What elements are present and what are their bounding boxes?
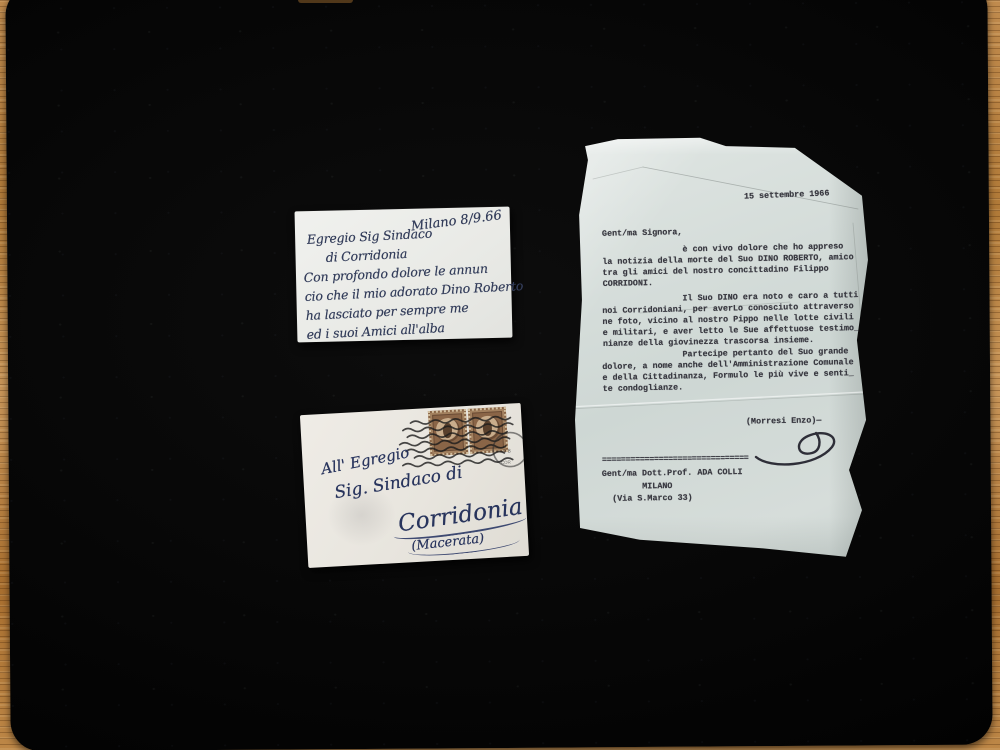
card-handwritten-text: Egregio Sig Sindacodi CorridoniaCon prof…	[301, 220, 509, 344]
typed-separator-line: ===============================	[602, 453, 749, 466]
text-line: (Via S.Marco 33)	[602, 491, 743, 505]
postmark-date-marks: -9 8	[501, 449, 511, 456]
letter-paragraph: Il Suo DINO era noto e caro a tuttinoi C…	[602, 290, 859, 350]
text-line: Gent/ma Dott.Prof. ADA COLLI	[602, 466, 743, 480]
typewritten-condolence-letter: 15 settembre 1966 Gent/ma Signora, è con…	[558, 133, 873, 569]
pen-scribble-signature-icon	[750, 423, 846, 473]
photo-of-condolence-documents: Milano 8/9.66 Egregio Sig Sindacodi Corr…	[0, 0, 1000, 750]
recipient-address-block: Gent/ma Dott.Prof. ADA COLLI MILANO (Via…	[602, 466, 743, 505]
letter-salutation: Gent/ma Signora,	[602, 227, 683, 240]
postmark-ring-text: COR	[501, 460, 512, 466]
letter-paragraph: è con vivo dolore che ho appresola notiz…	[602, 241, 854, 290]
letter-paragraph: Partecipe pertanto del Suo grandedolore,…	[602, 346, 854, 395]
addressed-envelope: -9 8 COR All' Egregio Sig. Sindaco di Co…	[300, 403, 529, 568]
wood-gap-sliver	[298, 0, 353, 3]
handwritten-condolence-card: Milano 8/9.66 Egregio Sig Sindacodi Corr…	[295, 207, 513, 343]
